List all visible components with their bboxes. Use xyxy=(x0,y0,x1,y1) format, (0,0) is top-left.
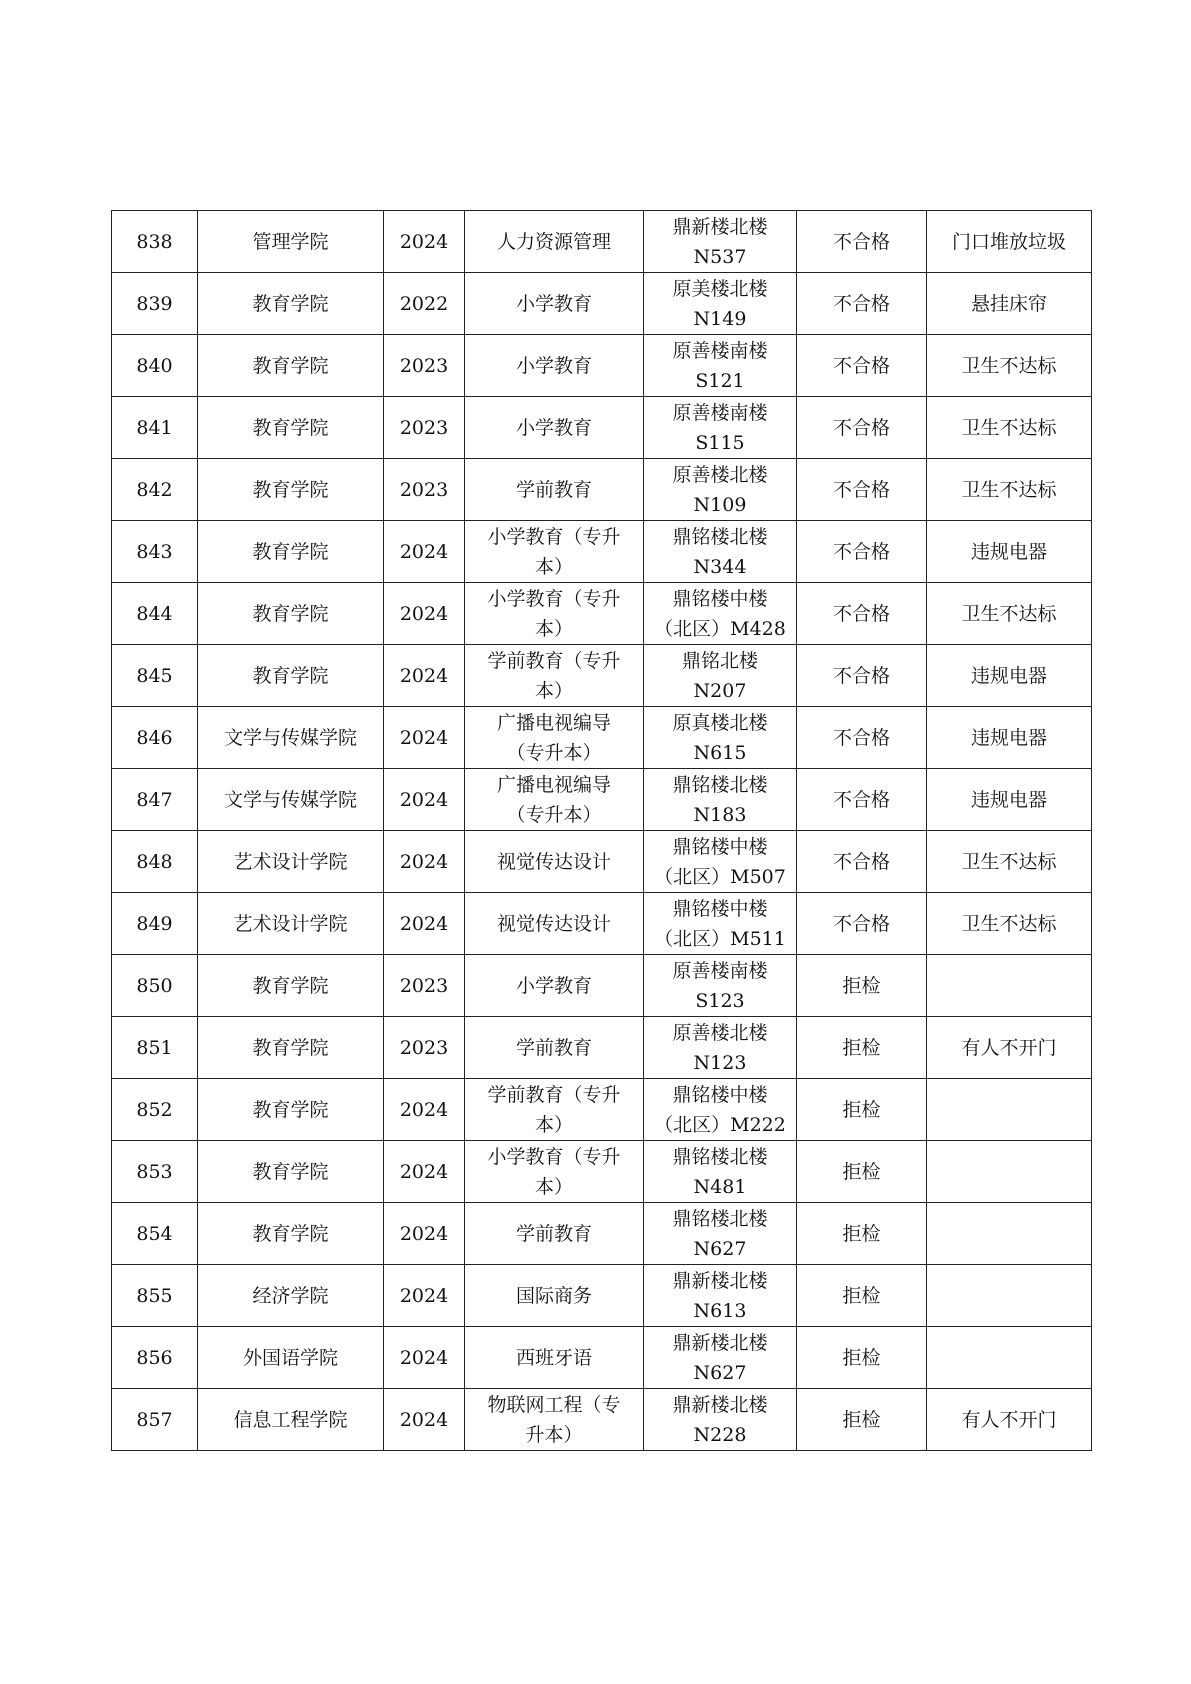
major-cell: 视觉传达设计 xyxy=(465,831,644,893)
remark-cell: 违规电器 xyxy=(927,645,1092,707)
dorm-room-line: N627 xyxy=(648,1358,792,1388)
dorm-room-cell: 鼎铭楼中楼（北区）M511 xyxy=(644,893,797,955)
dorm-room-line: N207 xyxy=(648,676,792,706)
inspection-result-cell: 拒检 xyxy=(797,955,927,1017)
major-line: 小学教育（专升 xyxy=(469,1142,639,1172)
remark-cell: 卫生不达标 xyxy=(927,335,1092,397)
college-cell: 艺术设计学院 xyxy=(198,831,384,893)
major-line: 小学教育 xyxy=(469,351,639,381)
inspection-result-cell: 拒检 xyxy=(797,1017,927,1079)
major-line: 学前教育 xyxy=(469,475,639,505)
dorm-room-line: 鼎铭楼中楼 xyxy=(648,1080,792,1110)
dorm-room-cell: 鼎铭楼北楼N627 xyxy=(644,1203,797,1265)
major-cell: 小学教育 xyxy=(465,397,644,459)
serial-number-cell: 846 xyxy=(112,707,198,769)
table-body: 838管理学院2024人力资源管理鼎新楼北楼N537不合格门口堆放垃圾839教育… xyxy=(112,211,1092,1451)
college-cell: 管理学院 xyxy=(198,211,384,273)
grade-cell: 2023 xyxy=(384,397,465,459)
major-line: （专升本） xyxy=(469,738,639,768)
remark-cell xyxy=(927,1265,1092,1327)
inspection-result-cell: 拒检 xyxy=(797,1079,927,1141)
table-row: 856外国语学院2024西班牙语鼎新楼北楼N627拒检 xyxy=(112,1327,1092,1389)
remark-cell: 有人不开门 xyxy=(927,1017,1092,1079)
table-row: 849艺术设计学院2024视觉传达设计鼎铭楼中楼（北区）M511不合格卫生不达标 xyxy=(112,893,1092,955)
dorm-room-cell: 原善楼北楼N109 xyxy=(644,459,797,521)
major-cell: 小学教育（专升本） xyxy=(465,1141,644,1203)
table-row: 842教育学院2023学前教育原善楼北楼N109不合格卫生不达标 xyxy=(112,459,1092,521)
dorm-room-cell: 鼎铭楼北楼N183 xyxy=(644,769,797,831)
college-cell: 艺术设计学院 xyxy=(198,893,384,955)
remark-cell: 卫生不达标 xyxy=(927,893,1092,955)
remark-cell: 卫生不达标 xyxy=(927,459,1092,521)
dorm-room-line: 原善楼北楼 xyxy=(648,460,792,490)
serial-number-cell: 851 xyxy=(112,1017,198,1079)
table-row: 857信息工程学院2024物联网工程（专升本）鼎新楼北楼N228拒检有人不开门 xyxy=(112,1389,1092,1451)
dorm-room-cell: 原真楼北楼N615 xyxy=(644,707,797,769)
grade-cell: 2024 xyxy=(384,1079,465,1141)
dorm-room-cell: 原善楼南楼S115 xyxy=(644,397,797,459)
dorm-room-line: 原善楼北楼 xyxy=(648,1018,792,1048)
dorm-room-line: N537 xyxy=(648,242,792,272)
dorm-room-line: N613 xyxy=(648,1296,792,1326)
major-cell: 人力资源管理 xyxy=(465,211,644,273)
table-row: 838管理学院2024人力资源管理鼎新楼北楼N537不合格门口堆放垃圾 xyxy=(112,211,1092,273)
dorm-room-cell: 鼎新楼北楼N537 xyxy=(644,211,797,273)
table-row: 845教育学院2024学前教育（专升本）鼎铭北楼N207不合格违规电器 xyxy=(112,645,1092,707)
remark-cell: 违规电器 xyxy=(927,521,1092,583)
major-cell: 小学教育（专升本） xyxy=(465,583,644,645)
major-line: 本） xyxy=(469,552,639,582)
major-line: 广播电视编导 xyxy=(469,708,639,738)
dorm-room-line: N615 xyxy=(648,738,792,768)
college-cell: 外国语学院 xyxy=(198,1327,384,1389)
major-cell: 小学教育（专升本） xyxy=(465,521,644,583)
remark-cell: 卫生不达标 xyxy=(927,583,1092,645)
major-line: 广播电视编导 xyxy=(469,770,639,800)
serial-number-cell: 848 xyxy=(112,831,198,893)
inspection-result-cell: 拒检 xyxy=(797,1265,927,1327)
dorm-room-line: 鼎新楼北楼 xyxy=(648,1390,792,1420)
grade-cell: 2024 xyxy=(384,1327,465,1389)
serial-number-cell: 839 xyxy=(112,273,198,335)
major-cell: 小学教育 xyxy=(465,335,644,397)
dorm-room-line: 原美楼北楼 xyxy=(648,274,792,304)
serial-number-cell: 841 xyxy=(112,397,198,459)
major-line: 学前教育 xyxy=(469,1033,639,1063)
dorm-room-cell: 原善楼北楼N123 xyxy=(644,1017,797,1079)
table-row: 839教育学院2022小学教育原美楼北楼N149不合格悬挂床帘 xyxy=(112,273,1092,335)
dorm-room-line: 鼎新楼北楼 xyxy=(648,212,792,242)
inspection-result-cell: 不合格 xyxy=(797,583,927,645)
inspection-result-cell: 拒检 xyxy=(797,1327,927,1389)
major-line: 小学教育（专升 xyxy=(469,584,639,614)
dorm-room-line: N109 xyxy=(648,490,792,520)
major-cell: 学前教育 xyxy=(465,459,644,521)
remark-cell: 卫生不达标 xyxy=(927,831,1092,893)
dorm-room-line: 原善楼南楼 xyxy=(648,336,792,366)
college-cell: 教育学院 xyxy=(198,1203,384,1265)
dorm-room-line: 鼎新楼北楼 xyxy=(648,1266,792,1296)
major-line: 国际商务 xyxy=(469,1281,639,1311)
college-cell: 文学与传媒学院 xyxy=(198,707,384,769)
college-cell: 教育学院 xyxy=(198,273,384,335)
inspection-result-cell: 不合格 xyxy=(797,769,927,831)
dorm-room-cell: 鼎铭楼中楼（北区）M428 xyxy=(644,583,797,645)
dorm-room-cell: 原善楼南楼S123 xyxy=(644,955,797,1017)
remark-cell xyxy=(927,1203,1092,1265)
inspection-result-cell: 不合格 xyxy=(797,459,927,521)
college-cell: 教育学院 xyxy=(198,955,384,1017)
grade-cell: 2024 xyxy=(384,769,465,831)
dorm-room-cell: 鼎铭楼北楼N481 xyxy=(644,1141,797,1203)
remark-cell xyxy=(927,1079,1092,1141)
table-row: 843教育学院2024小学教育（专升本）鼎铭楼北楼N344不合格违规电器 xyxy=(112,521,1092,583)
serial-number-cell: 857 xyxy=(112,1389,198,1451)
table-row: 844教育学院2024小学教育（专升本）鼎铭楼中楼（北区）M428不合格卫生不达… xyxy=(112,583,1092,645)
major-line: （专升本） xyxy=(469,800,639,830)
inspection-result-cell: 不合格 xyxy=(797,335,927,397)
major-cell: 物联网工程（专升本） xyxy=(465,1389,644,1451)
dorm-room-line: （北区）M511 xyxy=(648,924,792,954)
serial-number-cell: 850 xyxy=(112,955,198,1017)
grade-cell: 2023 xyxy=(384,955,465,1017)
college-cell: 文学与传媒学院 xyxy=(198,769,384,831)
table-row: 854教育学院2024学前教育鼎铭楼北楼N627拒检 xyxy=(112,1203,1092,1265)
grade-cell: 2024 xyxy=(384,831,465,893)
college-cell: 教育学院 xyxy=(198,645,384,707)
grade-cell: 2024 xyxy=(384,1141,465,1203)
college-cell: 教育学院 xyxy=(198,521,384,583)
major-line: 本） xyxy=(469,614,639,644)
serial-number-cell: 855 xyxy=(112,1265,198,1327)
serial-number-cell: 847 xyxy=(112,769,198,831)
remark-cell xyxy=(927,955,1092,1017)
major-cell: 视觉传达设计 xyxy=(465,893,644,955)
remark-cell: 悬挂床帘 xyxy=(927,273,1092,335)
major-line: 本） xyxy=(469,1110,639,1140)
dorm-room-line: 鼎铭楼北楼 xyxy=(648,1142,792,1172)
major-cell: 广播电视编导（专升本） xyxy=(465,707,644,769)
major-line: 视觉传达设计 xyxy=(469,847,639,877)
dorm-room-cell: 鼎新楼北楼N627 xyxy=(644,1327,797,1389)
major-cell: 学前教育（专升本） xyxy=(465,1079,644,1141)
dorm-room-line: N123 xyxy=(648,1048,792,1078)
dorm-room-cell: 鼎新楼北楼N228 xyxy=(644,1389,797,1451)
dorm-room-cell: 原善楼南楼S121 xyxy=(644,335,797,397)
dorm-room-cell: 鼎铭北楼N207 xyxy=(644,645,797,707)
dorm-room-line: 鼎铭楼北楼 xyxy=(648,770,792,800)
serial-number-cell: 854 xyxy=(112,1203,198,1265)
inspection-result-cell: 不合格 xyxy=(797,273,927,335)
remark-cell: 卫生不达标 xyxy=(927,397,1092,459)
dorm-room-line: （北区）M428 xyxy=(648,614,792,644)
serial-number-cell: 838 xyxy=(112,211,198,273)
table-row: 851教育学院2023学前教育原善楼北楼N123拒检有人不开门 xyxy=(112,1017,1092,1079)
dorm-room-line: N228 xyxy=(648,1420,792,1450)
serial-number-cell: 840 xyxy=(112,335,198,397)
major-cell: 小学教育 xyxy=(465,955,644,1017)
remark-cell: 有人不开门 xyxy=(927,1389,1092,1451)
major-cell: 小学教育 xyxy=(465,273,644,335)
dorm-room-line: 鼎铭楼北楼 xyxy=(648,1204,792,1234)
dorm-room-cell: 原美楼北楼N149 xyxy=(644,273,797,335)
college-cell: 教育学院 xyxy=(198,583,384,645)
dorm-room-line: S115 xyxy=(648,428,792,458)
inspection-result-cell: 不合格 xyxy=(797,645,927,707)
grade-cell: 2024 xyxy=(384,1203,465,1265)
dorm-room-line: 原善楼南楼 xyxy=(648,398,792,428)
college-cell: 教育学院 xyxy=(198,1079,384,1141)
dorm-room-line: N344 xyxy=(648,552,792,582)
remark-cell: 违规电器 xyxy=(927,707,1092,769)
major-cell: 西班牙语 xyxy=(465,1327,644,1389)
table-row: 848艺术设计学院2024视觉传达设计鼎铭楼中楼（北区）M507不合格卫生不达标 xyxy=(112,831,1092,893)
college-cell: 教育学院 xyxy=(198,397,384,459)
inspection-result-cell: 不合格 xyxy=(797,893,927,955)
dorm-room-line: N627 xyxy=(648,1234,792,1264)
inspection-result-cell: 不合格 xyxy=(797,707,927,769)
dorm-room-line: 鼎铭楼中楼 xyxy=(648,584,792,614)
table-row: 846文学与传媒学院2024广播电视编导（专升本）原真楼北楼N615不合格违规电… xyxy=(112,707,1092,769)
dorm-room-line: S121 xyxy=(648,366,792,396)
dorm-room-line: 鼎新楼北楼 xyxy=(648,1328,792,1358)
grade-cell: 2024 xyxy=(384,1389,465,1451)
grade-cell: 2024 xyxy=(384,521,465,583)
dorm-room-cell: 鼎铭楼中楼（北区）M507 xyxy=(644,831,797,893)
dorm-room-line: （北区）M222 xyxy=(648,1110,792,1140)
grade-cell: 2023 xyxy=(384,459,465,521)
major-line: 升本） xyxy=(469,1420,639,1450)
dorm-room-cell: 鼎新楼北楼N613 xyxy=(644,1265,797,1327)
dorm-room-line: 鼎铭北楼 xyxy=(648,646,792,676)
inspection-result-cell: 拒检 xyxy=(797,1141,927,1203)
dorm-room-line: 原善楼南楼 xyxy=(648,956,792,986)
grade-cell: 2022 xyxy=(384,273,465,335)
table-row: 841教育学院2023小学教育原善楼南楼S115不合格卫生不达标 xyxy=(112,397,1092,459)
major-line: 小学教育 xyxy=(469,289,639,319)
college-cell: 信息工程学院 xyxy=(198,1389,384,1451)
inspection-result-cell: 拒检 xyxy=(797,1389,927,1451)
grade-cell: 2024 xyxy=(384,1265,465,1327)
dorm-room-cell: 鼎铭楼中楼（北区）M222 xyxy=(644,1079,797,1141)
serial-number-cell: 852 xyxy=(112,1079,198,1141)
grade-cell: 2023 xyxy=(384,1017,465,1079)
college-cell: 教育学院 xyxy=(198,459,384,521)
major-cell: 学前教育 xyxy=(465,1203,644,1265)
serial-number-cell: 844 xyxy=(112,583,198,645)
dorm-room-line: 鼎铭楼中楼 xyxy=(648,894,792,924)
dorm-room-line: N183 xyxy=(648,800,792,830)
major-line: 小学教育 xyxy=(469,971,639,1001)
dorm-room-line: 原真楼北楼 xyxy=(648,708,792,738)
major-line: 学前教育（专升 xyxy=(469,1080,639,1110)
college-cell: 教育学院 xyxy=(198,1141,384,1203)
table-row: 855经济学院2024国际商务鼎新楼北楼N613拒检 xyxy=(112,1265,1092,1327)
grade-cell: 2024 xyxy=(384,893,465,955)
serial-number-cell: 845 xyxy=(112,645,198,707)
inspection-result-cell: 拒检 xyxy=(797,1203,927,1265)
dorm-room-line: 鼎铭楼中楼 xyxy=(648,832,792,862)
dorm-room-cell: 鼎铭楼北楼N344 xyxy=(644,521,797,583)
serial-number-cell: 856 xyxy=(112,1327,198,1389)
major-cell: 国际商务 xyxy=(465,1265,644,1327)
remark-cell xyxy=(927,1141,1092,1203)
remark-cell xyxy=(927,1327,1092,1389)
major-cell: 学前教育（专升本） xyxy=(465,645,644,707)
inspection-result-cell: 不合格 xyxy=(797,397,927,459)
grade-cell: 2024 xyxy=(384,211,465,273)
college-cell: 教育学院 xyxy=(198,1017,384,1079)
table-row: 850教育学院2023小学教育原善楼南楼S123拒检 xyxy=(112,955,1092,1017)
remark-cell: 门口堆放垃圾 xyxy=(927,211,1092,273)
grade-cell: 2023 xyxy=(384,335,465,397)
major-cell: 学前教育 xyxy=(465,1017,644,1079)
dorm-room-line: （北区）M507 xyxy=(648,862,792,892)
document-page: 838管理学院2024人力资源管理鼎新楼北楼N537不合格门口堆放垃圾839教育… xyxy=(0,0,1191,1684)
serial-number-cell: 853 xyxy=(112,1141,198,1203)
table-row: 853教育学院2024小学教育（专升本）鼎铭楼北楼N481拒检 xyxy=(112,1141,1092,1203)
dorm-room-line: N481 xyxy=(648,1172,792,1202)
major-line: 小学教育 xyxy=(469,413,639,443)
dorm-inspection-table: 838管理学院2024人力资源管理鼎新楼北楼N537不合格门口堆放垃圾839教育… xyxy=(111,210,1092,1451)
major-line: 视觉传达设计 xyxy=(469,909,639,939)
inspection-result-cell: 不合格 xyxy=(797,521,927,583)
inspection-result-cell: 不合格 xyxy=(797,831,927,893)
table-row: 847文学与传媒学院2024广播电视编导（专升本）鼎铭楼北楼N183不合格违规电… xyxy=(112,769,1092,831)
table-row: 852教育学院2024学前教育（专升本）鼎铭楼中楼（北区）M222拒检 xyxy=(112,1079,1092,1141)
remark-cell: 违规电器 xyxy=(927,769,1092,831)
major-line: 小学教育（专升 xyxy=(469,522,639,552)
major-line: 本） xyxy=(469,1172,639,1202)
dorm-room-line: S123 xyxy=(648,986,792,1016)
dorm-room-line: 鼎铭楼北楼 xyxy=(648,522,792,552)
serial-number-cell: 849 xyxy=(112,893,198,955)
college-cell: 经济学院 xyxy=(198,1265,384,1327)
major-line: 物联网工程（专 xyxy=(469,1390,639,1420)
major-line: 西班牙语 xyxy=(469,1343,639,1373)
inspection-result-cell: 不合格 xyxy=(797,211,927,273)
grade-cell: 2024 xyxy=(384,645,465,707)
major-line: 人力资源管理 xyxy=(469,227,639,257)
serial-number-cell: 842 xyxy=(112,459,198,521)
college-cell: 教育学院 xyxy=(198,335,384,397)
major-cell: 广播电视编导（专升本） xyxy=(465,769,644,831)
major-line: 学前教育（专升 xyxy=(469,646,639,676)
major-line: 本） xyxy=(469,676,639,706)
dorm-room-line: N149 xyxy=(648,304,792,334)
grade-cell: 2024 xyxy=(384,583,465,645)
major-line: 学前教育 xyxy=(469,1219,639,1249)
grade-cell: 2024 xyxy=(384,707,465,769)
serial-number-cell: 843 xyxy=(112,521,198,583)
table-row: 840教育学院2023小学教育原善楼南楼S121不合格卫生不达标 xyxy=(112,335,1092,397)
